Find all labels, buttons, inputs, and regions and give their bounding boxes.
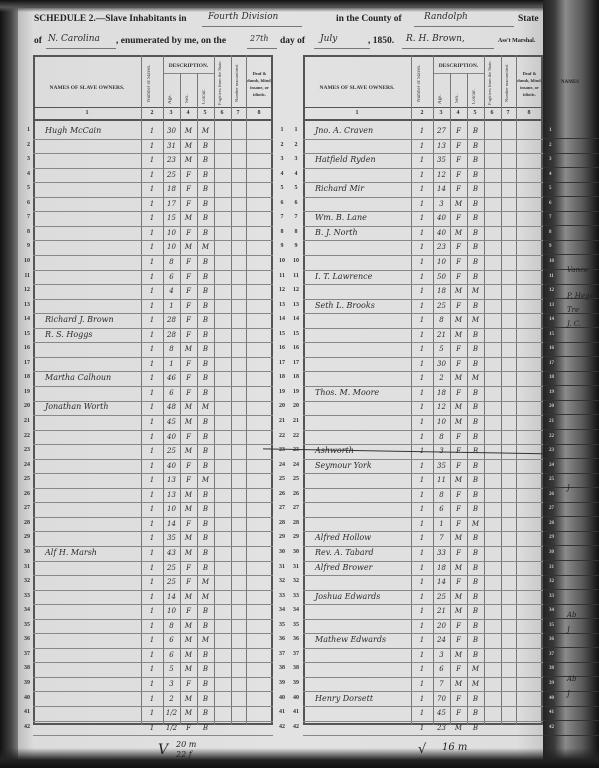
left-row-rule bbox=[33, 502, 273, 503]
right-row-number: 1 bbox=[289, 127, 303, 133]
right-row-rule bbox=[303, 168, 543, 169]
left-row-rule bbox=[33, 648, 273, 649]
left-owner-name: Richard J. Brown bbox=[45, 315, 114, 324]
adjacent-row-rule bbox=[543, 342, 599, 343]
left-row-number: 42 bbox=[16, 724, 30, 730]
adjacent-row-number: 22 bbox=[549, 434, 554, 439]
left-row-number-right: 25 bbox=[275, 476, 289, 482]
adjacent-row-number: 41 bbox=[549, 710, 554, 715]
left-slave-count: 1 bbox=[141, 243, 163, 251]
right-column-number-1: 1 bbox=[352, 110, 362, 116]
adjacent-row-number: 1 bbox=[549, 128, 552, 133]
county-value: Randolph bbox=[424, 12, 468, 22]
left-slave-colour: B bbox=[197, 534, 214, 542]
right-slave-age: 7 bbox=[433, 680, 450, 688]
left-slave-age: 13 bbox=[163, 491, 180, 499]
left-row-number: 20 bbox=[16, 403, 30, 409]
left-row-number: 32 bbox=[16, 578, 30, 584]
right-slave-colour: B bbox=[467, 127, 484, 135]
right-row-number: 21 bbox=[289, 418, 303, 424]
adjacent-row-number: 15 bbox=[549, 332, 554, 337]
left-slave-colour: B bbox=[197, 360, 214, 368]
right-row-rule bbox=[303, 284, 543, 285]
left-row-number-right: 13 bbox=[275, 302, 289, 308]
left-row-number: 11 bbox=[16, 273, 30, 279]
left-slave-age: 3 bbox=[163, 680, 180, 688]
right-slave-colour: B bbox=[467, 200, 484, 208]
left-slave-count: 1 bbox=[141, 709, 163, 717]
left-slave-colour: B bbox=[197, 724, 214, 732]
left-slave-count: 1 bbox=[141, 185, 163, 193]
left-row-number-right: 35 bbox=[275, 622, 289, 628]
left-slave-count: 1 bbox=[141, 273, 163, 281]
left-row-number-right: 3 bbox=[275, 156, 289, 162]
left-slave-count: 1 bbox=[141, 651, 163, 659]
right-slave-sex: F bbox=[450, 243, 467, 251]
adjacent-row-number: 31 bbox=[549, 565, 554, 570]
right-slave-count: 1 bbox=[411, 258, 433, 266]
right-slave-count: 1 bbox=[411, 185, 433, 193]
right-row-number: 2 bbox=[289, 142, 303, 148]
right-slave-sex: M bbox=[450, 724, 467, 732]
left-slave-colour: B bbox=[197, 185, 214, 193]
left-slave-age: 17 bbox=[163, 200, 180, 208]
right-slave-colour: B bbox=[467, 651, 484, 659]
left-slave-colour: B bbox=[197, 505, 214, 513]
right-slave-age: 12 bbox=[433, 403, 450, 411]
right-slave-sex: M bbox=[450, 287, 467, 295]
left-row-number-right: 32 bbox=[275, 578, 289, 584]
left-slave-age: 43 bbox=[163, 549, 180, 557]
left-slave-sex: F bbox=[180, 724, 197, 732]
right-column-number-5: 5 bbox=[470, 110, 480, 116]
left-slave-age: 10 bbox=[163, 229, 180, 237]
left-slave-sex: F bbox=[180, 476, 197, 484]
left-row-rule bbox=[33, 197, 273, 198]
left-row-number: 36 bbox=[16, 636, 30, 642]
right-header-rule bbox=[303, 107, 543, 108]
right-slave-count: 1 bbox=[411, 316, 433, 324]
right-slave-sex: F bbox=[450, 505, 467, 513]
right-slave-age: 33 bbox=[433, 549, 450, 557]
adjacent-row-number: 23 bbox=[549, 448, 554, 453]
right-slave-count: 1 bbox=[411, 171, 433, 179]
left-slave-count: 1 bbox=[141, 403, 163, 411]
left-slave-sex: M bbox=[180, 505, 197, 513]
right-slave-count: 1 bbox=[411, 462, 433, 470]
left-slave-colour: B bbox=[197, 651, 214, 659]
left-col-age-header: Age. bbox=[168, 92, 173, 106]
adjacent-row-number: 30 bbox=[549, 550, 554, 555]
left-row-number-right: 9 bbox=[275, 243, 289, 249]
right-slave-colour: B bbox=[467, 593, 484, 601]
right-col-age-header: Age. bbox=[438, 92, 443, 106]
left-slave-age: 40 bbox=[163, 462, 180, 470]
right-desc-rule bbox=[433, 73, 484, 74]
left-row-rule bbox=[33, 488, 273, 489]
left-slave-age: 18 bbox=[163, 185, 180, 193]
left-row-number-right: 26 bbox=[275, 491, 289, 497]
right-slave-sex: M bbox=[450, 374, 467, 382]
day-underline bbox=[247, 48, 277, 49]
left-row-rule bbox=[33, 662, 273, 663]
left-column-rule bbox=[246, 55, 247, 725]
right-owner-name: Thos. M. Moore bbox=[315, 388, 379, 397]
right-slave-colour: B bbox=[467, 636, 484, 644]
right-slave-colour: B bbox=[467, 564, 484, 572]
right-slave-sex: M bbox=[450, 331, 467, 339]
left-slave-age: 25 bbox=[163, 447, 180, 455]
left-row-number-right: 40 bbox=[275, 695, 289, 701]
right-slave-colour: M bbox=[467, 374, 484, 382]
adjacent-row-number: 13 bbox=[549, 303, 554, 308]
left-col-description-header: DESCRIPTION. bbox=[163, 63, 214, 69]
left-slave-count: 1 bbox=[141, 520, 163, 528]
adjacent-handwriting: J bbox=[567, 690, 570, 698]
left-slave-count: 1 bbox=[141, 345, 163, 353]
right-slave-colour: B bbox=[467, 273, 484, 281]
adjacent-row-number: 16 bbox=[549, 346, 554, 351]
right-slave-colour: B bbox=[467, 360, 484, 368]
left-row-number-right: 1 bbox=[275, 127, 289, 133]
right-slave-age: 40 bbox=[433, 214, 450, 222]
right-slave-colour: B bbox=[467, 476, 484, 484]
left-slave-age: 23 bbox=[163, 156, 180, 164]
county-label: in the County of bbox=[336, 14, 402, 24]
left-slave-count: 1 bbox=[141, 142, 163, 150]
left-slave-age: 40 bbox=[163, 433, 180, 441]
adjacent-row-number: 2 bbox=[549, 143, 552, 148]
right-slave-age: 21 bbox=[433, 607, 450, 615]
right-slave-colour: B bbox=[467, 389, 484, 397]
adjacent-row-rule bbox=[543, 735, 599, 736]
right-owner-name: I. T. Lawrence bbox=[315, 272, 372, 281]
left-slave-age: 48 bbox=[163, 403, 180, 411]
right-row-rule bbox=[303, 531, 543, 532]
adjacent-row-number: 4 bbox=[549, 172, 552, 177]
right-slave-sex: F bbox=[450, 258, 467, 266]
right-row-rule bbox=[303, 706, 543, 707]
right-row-rule bbox=[303, 328, 543, 329]
right-row-number: 34 bbox=[289, 607, 303, 613]
right-slave-colour: B bbox=[467, 418, 484, 426]
state-label: State bbox=[518, 14, 539, 24]
left-slave-count: 1 bbox=[141, 374, 163, 382]
left-row-number-right: 2 bbox=[275, 142, 289, 148]
right-slave-count: 1 bbox=[411, 520, 433, 528]
left-slave-age: 31 bbox=[163, 142, 180, 150]
right-column-number-8: 8 bbox=[524, 110, 534, 116]
right-slave-count: 1 bbox=[411, 243, 433, 251]
right-slave-sex: M bbox=[450, 316, 467, 324]
right-slave-count: 1 bbox=[411, 418, 433, 426]
right-slave-sex: F bbox=[450, 462, 467, 470]
right-owner-name: Seth L. Brooks bbox=[315, 301, 375, 310]
left-col-fugitives-header: Fugitives from the State. bbox=[217, 60, 222, 106]
adjacent-row-number: 20 bbox=[549, 404, 554, 409]
right-slave-count: 1 bbox=[411, 534, 433, 542]
left-slave-age: 6 bbox=[163, 273, 180, 281]
left-slave-colour: B bbox=[197, 665, 214, 673]
adjacent-row-rule bbox=[543, 691, 599, 692]
left-slave-sex: F bbox=[180, 185, 197, 193]
left-row-rule bbox=[33, 211, 273, 212]
left-row-number: 12 bbox=[16, 287, 30, 293]
left-slave-colour: B bbox=[197, 229, 214, 237]
left-number-rule bbox=[33, 119, 273, 121]
left-slave-colour: B bbox=[197, 302, 214, 310]
left-slave-sex: M bbox=[180, 214, 197, 222]
right-slave-age: 35 bbox=[433, 156, 450, 164]
left-row-rule bbox=[33, 633, 273, 634]
left-slave-count: 1 bbox=[141, 505, 163, 513]
right-slave-age: 8 bbox=[433, 433, 450, 441]
adjacent-row-rule bbox=[543, 400, 599, 401]
right-row-number: 22 bbox=[289, 433, 303, 439]
left-slave-age: 28 bbox=[163, 316, 180, 324]
right-slave-count: 1 bbox=[411, 476, 433, 484]
left-row-number: 15 bbox=[16, 331, 30, 337]
left-row-number: 7 bbox=[16, 214, 30, 220]
right-slave-colour: B bbox=[467, 433, 484, 441]
left-slave-count: 1 bbox=[141, 127, 163, 135]
adjacent-row-number: 39 bbox=[549, 681, 554, 686]
right-slave-colour: B bbox=[467, 142, 484, 150]
right-slave-sex: M bbox=[450, 534, 467, 542]
left-slave-age: 6 bbox=[163, 636, 180, 644]
left-slave-colour: B bbox=[197, 549, 214, 557]
left-column-number-6: 6 bbox=[217, 110, 227, 116]
left-slave-colour: B bbox=[197, 389, 214, 397]
right-row-number: 37 bbox=[289, 651, 303, 657]
right-slave-sex: F bbox=[450, 185, 467, 193]
right-slave-count: 1 bbox=[411, 607, 433, 615]
left-slave-age: 8 bbox=[163, 258, 180, 266]
right-row-number: 10 bbox=[289, 258, 303, 264]
left-slave-count: 1 bbox=[141, 389, 163, 397]
left-row-number-right: 4 bbox=[275, 171, 289, 177]
adjacent-row-rule bbox=[543, 604, 599, 605]
adjacent-row-rule bbox=[543, 458, 599, 459]
left-row-number-right: 34 bbox=[275, 607, 289, 613]
right-slave-colour: B bbox=[467, 214, 484, 222]
left-col-sex-header: Sex. bbox=[185, 92, 190, 106]
right-col-description-header: DESCRIPTION. bbox=[433, 63, 484, 69]
right-slave-age: 23 bbox=[433, 724, 450, 732]
right-slave-sex: F bbox=[450, 709, 467, 717]
adjacent-row-rule bbox=[543, 211, 599, 212]
left-slave-age: 1 bbox=[163, 360, 180, 368]
left-row-number-right: 41 bbox=[275, 709, 289, 715]
left-slave-colour: B bbox=[197, 520, 214, 528]
right-slave-sex: F bbox=[450, 345, 467, 353]
adjacent-row-rule bbox=[543, 647, 599, 648]
right-slave-colour: B bbox=[467, 171, 484, 179]
right-slave-count: 1 bbox=[411, 709, 433, 717]
right-row-number: 40 bbox=[289, 695, 303, 701]
right-col-number-header: Number of Slaves. bbox=[417, 60, 422, 106]
right-row-number: 11 bbox=[289, 273, 303, 279]
left-slave-count: 1 bbox=[141, 360, 163, 368]
left-row-number: 26 bbox=[16, 491, 30, 497]
left-row-rule bbox=[33, 284, 273, 285]
adjacent-row-number: 24 bbox=[549, 463, 554, 468]
adjacent-handwriting: J bbox=[567, 484, 570, 492]
right-row-number: 18 bbox=[289, 374, 303, 380]
right-slave-age: 3 bbox=[433, 651, 450, 659]
right-slave-age: 8 bbox=[433, 491, 450, 499]
right-row-number: 39 bbox=[289, 680, 303, 686]
adjacent-row-rule bbox=[543, 371, 599, 372]
month-underline bbox=[314, 48, 370, 49]
right-slave-colour: B bbox=[467, 229, 484, 237]
right-slave-sex: M bbox=[450, 229, 467, 237]
right-row-rule bbox=[303, 488, 543, 489]
left-row-number: 6 bbox=[16, 200, 30, 206]
left-row-number: 25 bbox=[16, 476, 30, 482]
adjacent-row-rule bbox=[543, 153, 599, 154]
left-row-number-right: 10 bbox=[275, 258, 289, 264]
left-slave-count: 1 bbox=[141, 200, 163, 208]
left-slave-colour: M bbox=[197, 476, 214, 484]
left-slave-sex: M bbox=[180, 651, 197, 659]
left-slave-sex: F bbox=[180, 331, 197, 339]
right-slave-count: 1 bbox=[411, 127, 433, 135]
adjacent-row-rule bbox=[543, 589, 599, 590]
right-slave-count: 1 bbox=[411, 389, 433, 397]
left-row-number: 31 bbox=[16, 564, 30, 570]
right-slave-age: 27 bbox=[433, 127, 450, 135]
adjacent-row-number: 32 bbox=[549, 579, 554, 584]
left-col-deaf-header: Deaf & dumb, blind, insane, or idiotic. bbox=[247, 70, 272, 98]
right-slave-sex: M bbox=[450, 593, 467, 601]
right-slave-sex: F bbox=[450, 695, 467, 703]
left-row-number-right: 7 bbox=[275, 214, 289, 220]
month-value: July bbox=[320, 34, 337, 44]
left-row-number: 21 bbox=[16, 418, 30, 424]
right-row-rule bbox=[303, 299, 543, 300]
right-column-number-7: 7 bbox=[503, 110, 513, 116]
left-slave-count: 1 bbox=[141, 287, 163, 295]
right-slave-count: 1 bbox=[411, 491, 433, 499]
left-row-number-right: 39 bbox=[275, 680, 289, 686]
left-owner-name: Alf H. Marsh bbox=[45, 548, 97, 557]
right-slave-sex: F bbox=[450, 520, 467, 528]
right-slave-sex: M bbox=[450, 651, 467, 659]
left-slave-age: 10 bbox=[163, 505, 180, 513]
right-row-rule bbox=[303, 415, 543, 416]
left-row-rule bbox=[33, 531, 273, 532]
right-row-rule bbox=[303, 357, 543, 358]
left-slave-age: 1/2 bbox=[163, 724, 180, 732]
right-slave-count: 1 bbox=[411, 302, 433, 310]
right-owner-name: Richard Mir bbox=[315, 184, 364, 193]
right-row-rule bbox=[303, 211, 543, 212]
right-slave-age: 20 bbox=[433, 622, 450, 630]
left-slave-colour: B bbox=[197, 200, 214, 208]
left-column-number-7: 7 bbox=[233, 110, 243, 116]
right-owner-name: Hatfield Ryden bbox=[315, 155, 376, 164]
right-owner-name: Henry Dorsett bbox=[315, 694, 373, 703]
right-row-number: 3 bbox=[289, 156, 303, 162]
right-row-rule bbox=[303, 502, 543, 503]
right-slave-colour: B bbox=[467, 695, 484, 703]
left-slave-count: 1 bbox=[141, 636, 163, 644]
right-slave-age: 50 bbox=[433, 273, 450, 281]
right-slave-age: 18 bbox=[433, 287, 450, 295]
of-label: of bbox=[34, 36, 42, 46]
division-value: Fourth Division bbox=[208, 12, 278, 22]
right-slave-age: 6 bbox=[433, 505, 450, 513]
left-row-number: 37 bbox=[16, 651, 30, 657]
left-slave-sex: M bbox=[180, 142, 197, 150]
right-slave-count: 1 bbox=[411, 156, 433, 164]
right-slave-sex: M bbox=[450, 418, 467, 426]
right-column-rule bbox=[484, 55, 485, 725]
right-owner-name: Rev. A. Tabard bbox=[315, 548, 374, 557]
right-slave-colour: B bbox=[467, 607, 484, 615]
left-slave-count: 1 bbox=[141, 607, 163, 615]
left-slave-colour: M bbox=[197, 127, 214, 135]
left-slave-sex: F bbox=[180, 316, 197, 324]
left-slave-age: 14 bbox=[163, 520, 180, 528]
left-slave-count: 1 bbox=[141, 724, 163, 732]
right-slave-count: 1 bbox=[411, 564, 433, 572]
right-slave-age: 13 bbox=[433, 142, 450, 150]
right-slave-colour: B bbox=[467, 491, 484, 499]
left-slave-colour: B bbox=[197, 273, 214, 281]
right-slave-age: 10 bbox=[433, 418, 450, 426]
right-slave-sex: F bbox=[450, 214, 467, 222]
left-slave-sex: F bbox=[180, 171, 197, 179]
left-row-number: 41 bbox=[16, 709, 30, 715]
adjacent-handwriting: Vance bbox=[567, 266, 588, 274]
enumerated-label: , enumerated by me, on the bbox=[116, 36, 226, 46]
right-row-number: 7 bbox=[289, 214, 303, 220]
left-slave-colour: B bbox=[197, 214, 214, 222]
right-row-number: 41 bbox=[289, 709, 303, 715]
right-slave-age: 10 bbox=[433, 258, 450, 266]
right-row-rule bbox=[303, 721, 543, 722]
right-slave-count: 1 bbox=[411, 403, 433, 411]
right-row-number: 6 bbox=[289, 200, 303, 206]
left-slave-sex: F bbox=[180, 564, 197, 572]
left-slave-colour: M bbox=[197, 636, 214, 644]
marshal-value: R. H. Brown, bbox=[406, 34, 465, 44]
left-row-rule bbox=[33, 691, 273, 692]
left-row-number-right: 38 bbox=[275, 665, 289, 671]
left-slave-colour: B bbox=[197, 345, 214, 353]
left-row-number: 10 bbox=[16, 258, 30, 264]
adjacent-row-number: 12 bbox=[549, 288, 554, 293]
left-slave-count: 1 bbox=[141, 418, 163, 426]
left-row-rule bbox=[33, 313, 273, 314]
left-slave-colour: B bbox=[197, 287, 214, 295]
right-row-rule bbox=[303, 371, 543, 372]
adjacent-row-number: 27 bbox=[549, 506, 554, 511]
right-slave-count: 1 bbox=[411, 433, 433, 441]
right-column-number-4: 4 bbox=[453, 110, 463, 116]
marshal-label: Ass't Marshal. bbox=[498, 38, 535, 44]
division-underline bbox=[202, 26, 302, 27]
adjacent-handwriting: Ab bbox=[567, 611, 577, 619]
left-slave-count: 1 bbox=[141, 593, 163, 601]
left-slave-sex: F bbox=[180, 229, 197, 237]
right-slave-colour: B bbox=[467, 156, 484, 164]
right-slave-colour: B bbox=[467, 622, 484, 630]
right-column-number-6: 6 bbox=[487, 110, 497, 116]
right-slave-count: 1 bbox=[411, 680, 433, 688]
